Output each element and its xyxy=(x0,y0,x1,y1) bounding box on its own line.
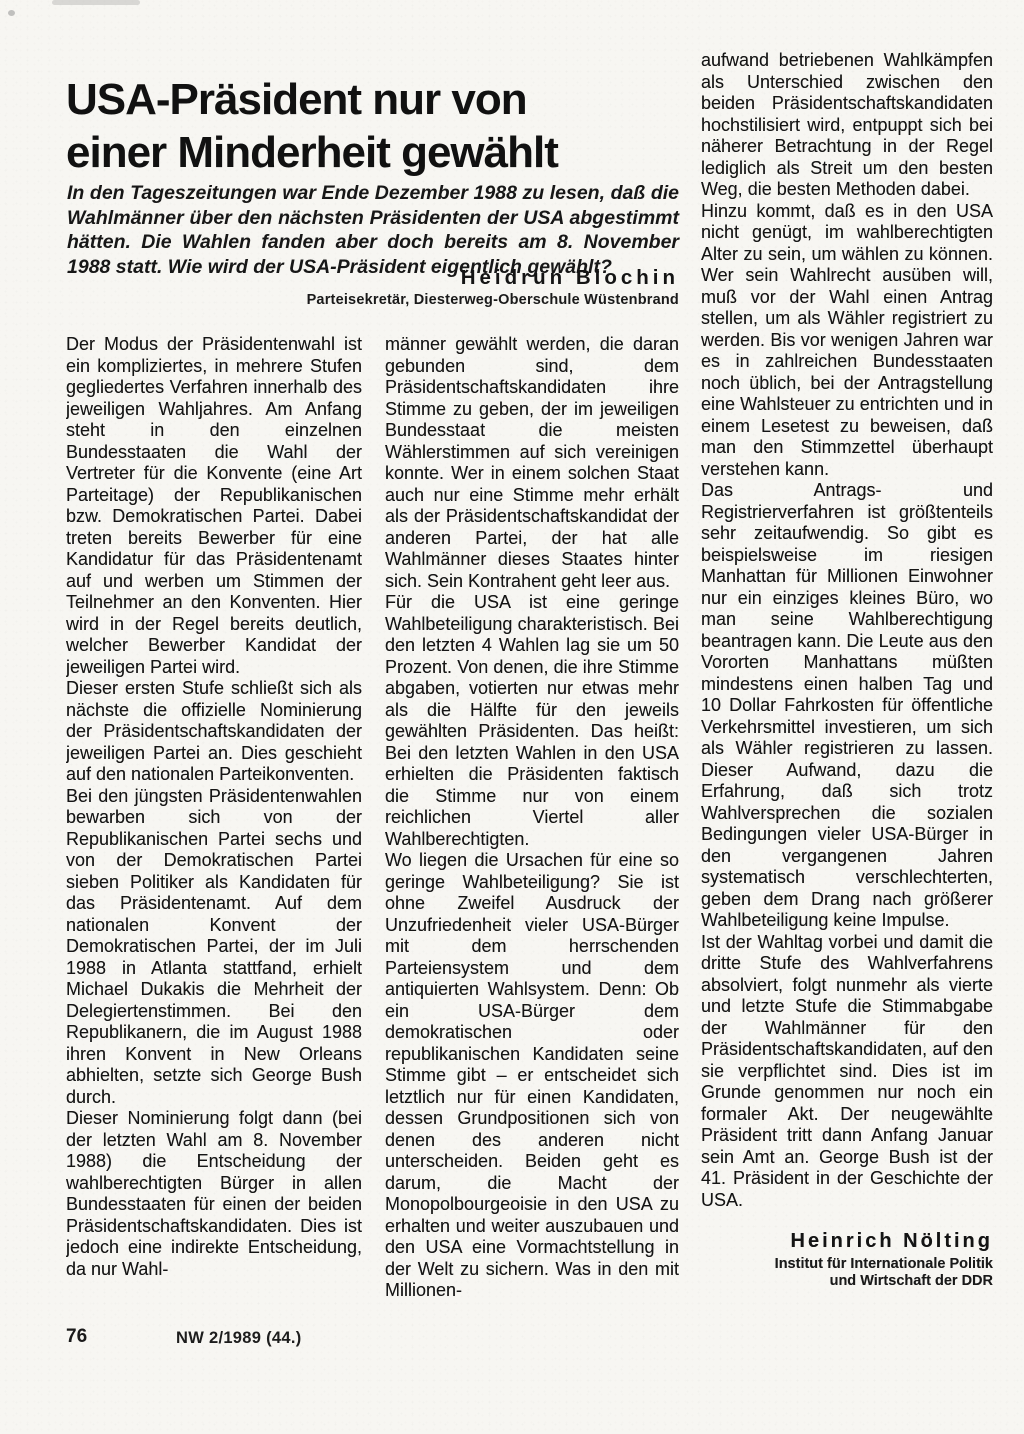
body-paragraph: Ist der Wahltag vorbei und damit die dri… xyxy=(701,932,993,1212)
lede-paragraph: In den Tageszeitungen war Ende Dezember … xyxy=(67,181,679,279)
signature-name: Heinrich Nölting xyxy=(701,1231,993,1253)
author-block: Heidrun Blochin Parteisekretär, Diesterw… xyxy=(67,266,679,308)
body-paragraph: Dieser Nominierung folgt dann (bei der l… xyxy=(66,1108,362,1280)
signature-affiliation: Institut für Internationale Politik xyxy=(701,1256,993,1274)
scan-artifact xyxy=(8,10,15,16)
body-column-3: aufwand betriebenen Wahlkämpfen als Unte… xyxy=(701,50,993,1410)
signature-block: Heinrich NöltingInstitut für Internation… xyxy=(701,1231,993,1291)
footer-issue-label: NW 2/1989 (44.) xyxy=(176,1329,302,1348)
body-paragraph: männer gewählt werden, die daran gebunde… xyxy=(385,334,679,592)
magazine-page: USA-Präsident nur von einer Minderheit g… xyxy=(0,0,1024,1434)
body-paragraph: Das Antrags- und Registrierverfahren ist… xyxy=(701,480,993,932)
body-paragraph: Für die USA ist eine geringe Wahlbeteili… xyxy=(385,592,679,850)
author-name: Heidrun Blochin xyxy=(67,266,679,290)
scan-artifact xyxy=(52,0,140,5)
body-column-1: Der Modus der Präsidentenwahl ist ein ko… xyxy=(66,334,362,1334)
page-title-line-2: einer Minderheit gewählt xyxy=(66,126,686,179)
body-paragraph: Der Modus der Präsidentenwahl ist ein ko… xyxy=(66,334,362,678)
author-affiliation: Parteisekretär, Diesterweg-Oberschule Wü… xyxy=(67,292,679,308)
body-paragraph: Wo liegen die Ursachen für eine so gerin… xyxy=(385,850,679,1302)
body-paragraph: Dieser ersten Stufe schließt sich als nä… xyxy=(66,678,362,786)
signature-affiliation: und Wirtschaft der DDR xyxy=(701,1273,993,1291)
body-paragraph: aufwand betriebenen Wahlkämpfen als Unte… xyxy=(701,50,993,201)
body-paragraph: Hinzu kommt, daß es in den USA nicht gen… xyxy=(701,201,993,481)
page-title: USA-Präsident nur von einer Minderheit g… xyxy=(66,73,686,179)
footer-page-number: 76 xyxy=(66,1326,87,1348)
body-paragraph: Bei den jüngsten Präsidentenwahlen bewar… xyxy=(66,786,362,1109)
page-title-line-1: USA-Präsident nur von xyxy=(66,73,686,126)
body-column-2: männer gewählt werden, die daran gebunde… xyxy=(385,334,679,1334)
